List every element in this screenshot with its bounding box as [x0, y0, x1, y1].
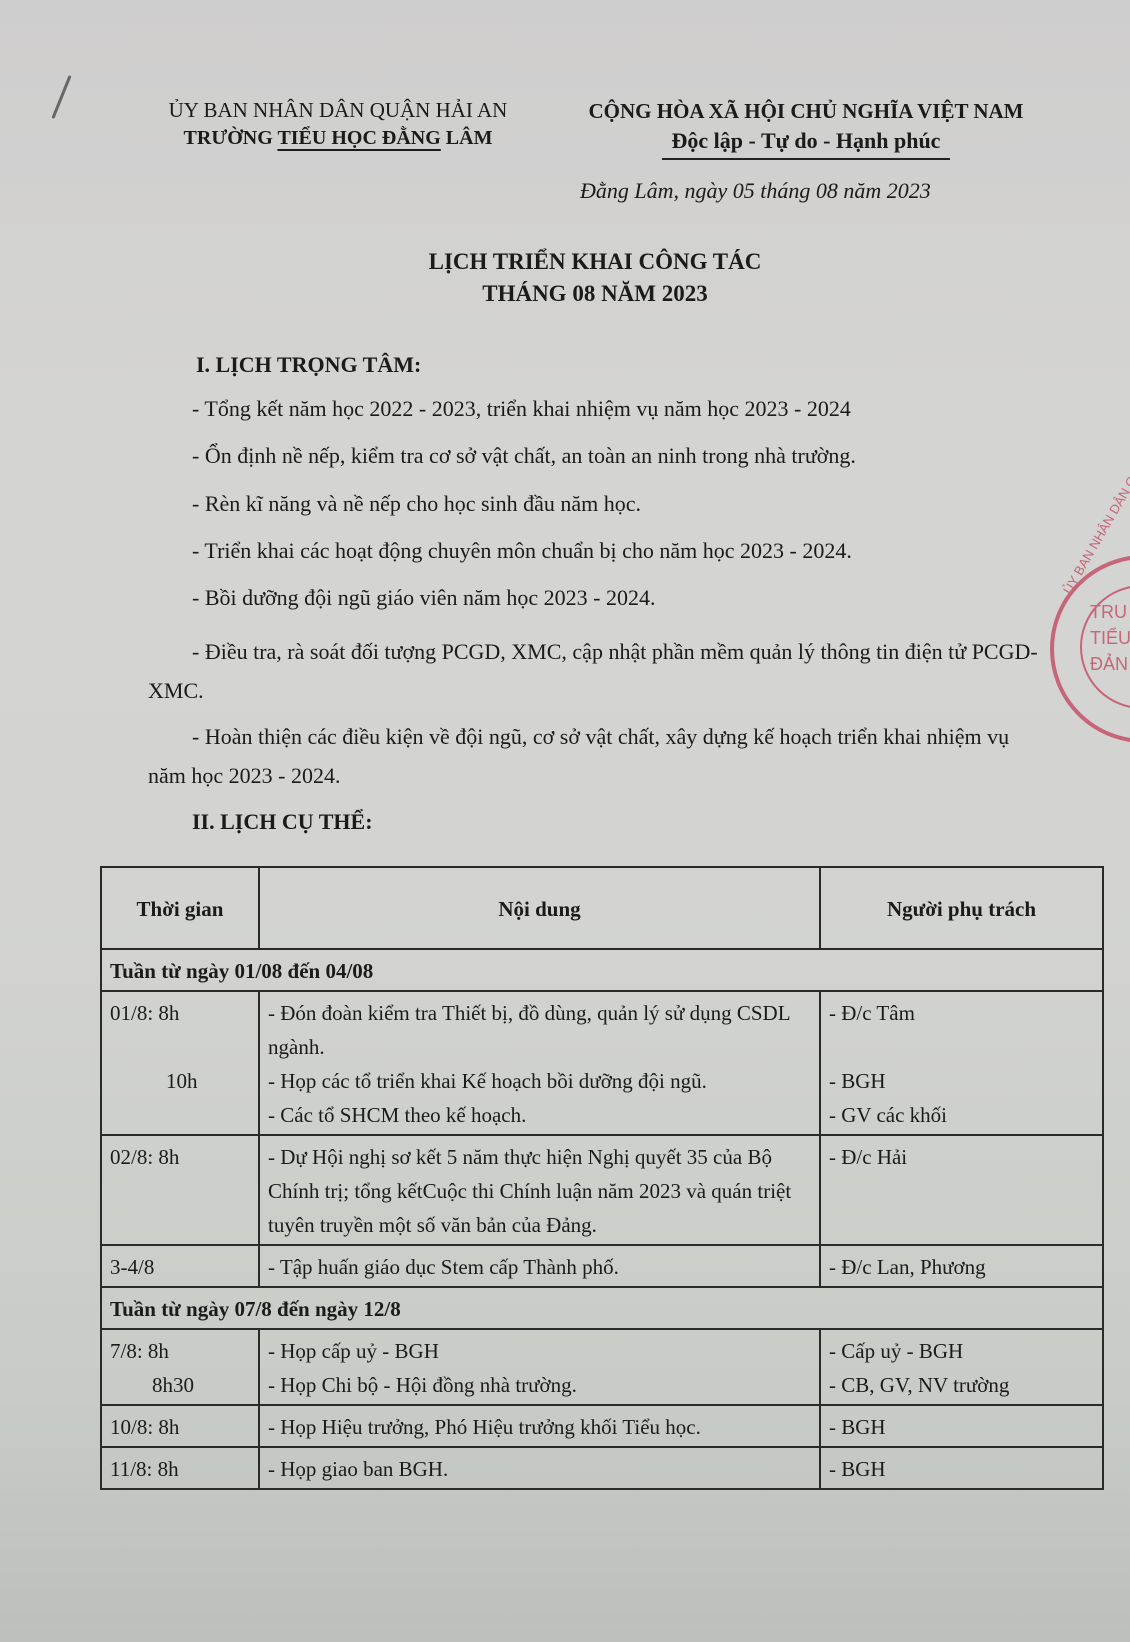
focus-item: - Điều tra, rà soát đối tượng PCGD, XMC,… [148, 632, 1048, 710]
col-header-content: Nội dung [259, 867, 820, 949]
focus-item: - Hoàn thiện các điều kiện về đội ngũ, c… [148, 717, 1048, 795]
motto: Độc lập - Tự do - Hạnh phúc [662, 126, 951, 160]
stamp-center-text: TRU TIỂU ĐẢN [1090, 599, 1130, 677]
table-row: 3-4/8 - Tập huấn giáo dục Stem cấp Thành… [101, 1245, 1103, 1287]
table-header-row: Thời gian Nội dung Người phụ trách [101, 867, 1103, 949]
focus-item: - Bồi dưỡng đội ngũ giáo viên năm học 20… [192, 585, 656, 611]
table-row: 02/8: 8h - Dự Hội nghị sơ kết 5 năm thực… [101, 1135, 1103, 1245]
col-header-owner: Người phụ trách [820, 867, 1103, 949]
focus-item: - Triển khai các hoạt động chuyên môn ch… [192, 538, 852, 564]
stamp-ring-text: ỦY BAN NHÂN DÂN QUẬ [1060, 458, 1130, 597]
col-header-time: Thời gian [101, 867, 259, 949]
schedule-table: Thời gian Nội dung Người phụ trách Tuần … [100, 866, 1104, 1490]
focus-item: - Rèn kĩ năng và nề nếp cho học sinh đầu… [192, 491, 641, 517]
table-row: 11/8: 8h - Họp giao ban BGH. - BGH [101, 1447, 1103, 1489]
official-stamp: ỦY BAN NHÂN DÂN QUẬ TRU TIỂU ĐẢN [1050, 555, 1130, 743]
table-row: 10/8: 8h - Họp Hiệu trưởng, Phó Hiệu trư… [101, 1405, 1103, 1447]
focus-item: - Tổng kết năm học 2022 - 2023, triển kh… [192, 396, 851, 422]
week-row: Tuần từ ngày 07/8 đến ngày 12/8 [101, 1287, 1103, 1329]
section2-heading: II. LỊCH CỤ THỂ: [192, 809, 373, 835]
issuing-authority: ỦY BAN NHÂN DÂN QUẬN HẢI AN TRƯỜNG TIỂU … [148, 96, 528, 152]
pen-mark [51, 75, 71, 119]
national-motto: CỘNG HÒA XÃ HỘI CHỦ NGHĨA VIỆT NAM Độc l… [556, 96, 1056, 160]
table-row: 7/8: 8h 8h30 - Họp cấp uỷ - BGH - Họp Ch… [101, 1329, 1103, 1405]
section1-heading: I. LỊCH TRỌNG TÂM: [196, 352, 421, 378]
school-name: TRƯỜNG TIỂU HỌC ĐẰNG LÂM [148, 124, 528, 152]
authority-name: ỦY BAN NHÂN DÂN QUẬN HẢI AN [148, 96, 528, 124]
focus-item: - Ổn định nề nếp, kiểm tra cơ sở vật chấ… [192, 443, 856, 469]
country-name: CỘNG HÒA XÃ HỘI CHỦ NGHĨA VIỆT NAM [556, 96, 1056, 126]
document-title: LỊCH TRIỂN KHAI CÔNG TÁC THÁNG 08 NĂM 20… [0, 246, 1130, 310]
week-row: Tuần từ ngày 01/08 đến 04/08 [101, 949, 1103, 991]
dateline: Đằng Lâm, ngày 05 tháng 08 năm 2023 [580, 178, 931, 204]
table-row: 01/8: 8h 10h - Đón đoàn kiểm tra Thiết b… [101, 991, 1103, 1135]
